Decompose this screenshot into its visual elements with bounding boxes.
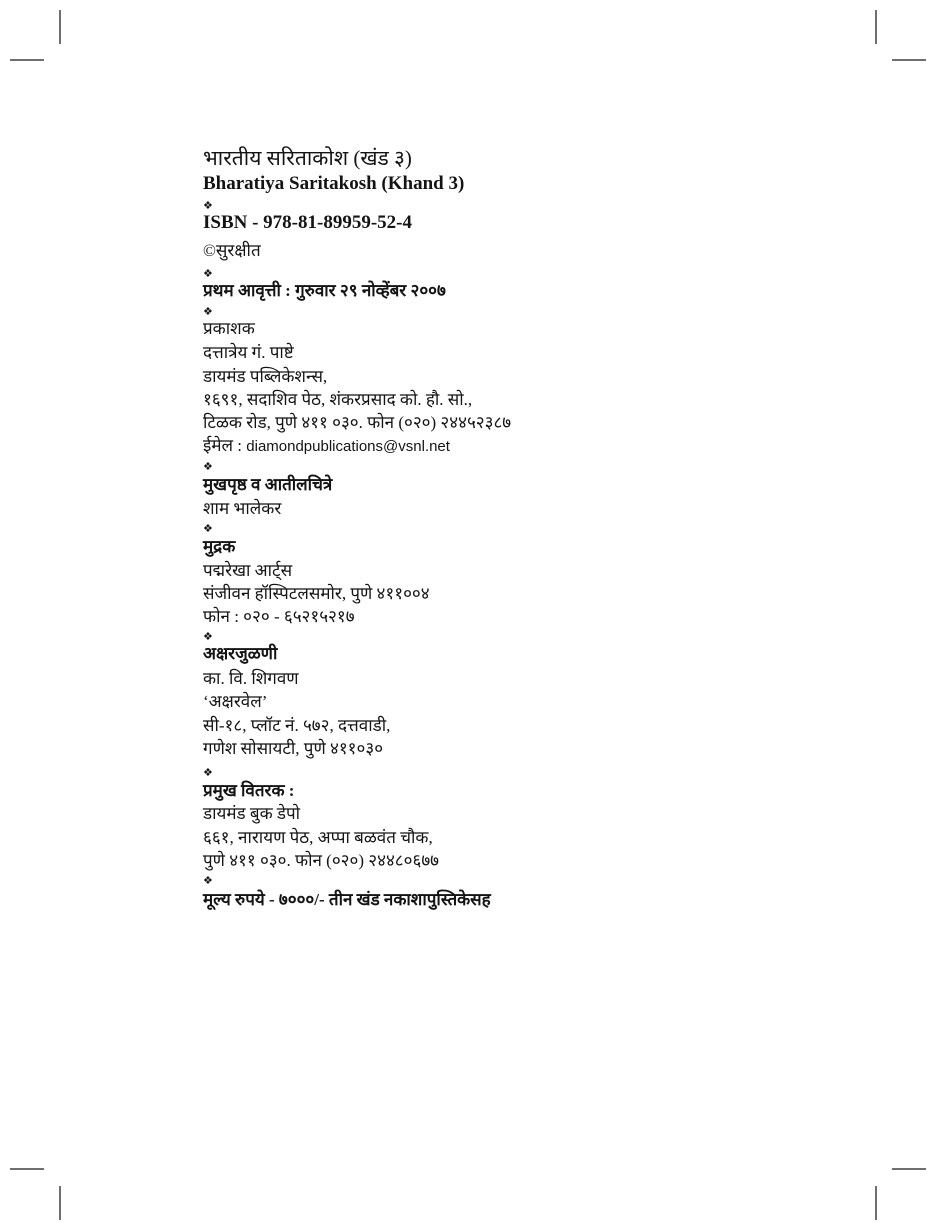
printer-name: पद्मरेखा आर्ट्स bbox=[203, 560, 292, 581]
typesetting-address-line: सी-१८, प्लॉट नं. ५७२, दत्तवाडी, bbox=[203, 715, 390, 736]
edition-line: प्रथम आवृत्ती : गुरुवार २९ नोव्हेंबर २००… bbox=[203, 280, 446, 301]
crop-mark-bottom-right-horizontal bbox=[892, 1168, 926, 1170]
diamond-separator-icon: ❖ bbox=[203, 631, 213, 643]
distributor-address-line: ६६१, नारायण पेठ, अप्पा बळवंत चौक, bbox=[203, 827, 433, 848]
crop-mark-bottom-left-vertical bbox=[59, 1186, 61, 1220]
diamond-separator-icon: ❖ bbox=[203, 200, 213, 212]
distributor-phone-line: पुणे ४११ ०३०. फोन (०२०) २४४८०६७७ bbox=[203, 850, 439, 871]
crop-mark-top-right-horizontal bbox=[892, 59, 926, 61]
diamond-separator-icon: ❖ bbox=[203, 306, 213, 318]
printer-phone-line: फोन : ०२० - ६५२१५२१७ bbox=[203, 606, 355, 627]
email-address: diamondpublications@vsnl.net bbox=[246, 438, 450, 455]
typesetting-city-line: गणेश सोसायटी, पुणे ४११०३० bbox=[203, 738, 383, 759]
copyright-notice: ©सुरक्षीत bbox=[203, 240, 261, 261]
publisher-company-line: डायमंड पब्लिकेशन्स, bbox=[203, 366, 327, 387]
publisher-address-line: १६९१, सदाशिव पेठ, शंकरप्रसाद को. हौ. सो.… bbox=[203, 389, 472, 410]
crop-mark-top-left-vertical bbox=[59, 10, 61, 44]
crop-mark-top-right-vertical bbox=[875, 10, 877, 44]
cover-art-heading: मुखपृष्ठ व आतीलचित्रे bbox=[203, 474, 332, 495]
diamond-separator-icon: ❖ bbox=[203, 268, 213, 280]
price-line: मूल्य रुपये - ७०००/- तीन खंड नकाशापुस्ति… bbox=[203, 889, 491, 910]
diamond-separator-icon: ❖ bbox=[203, 767, 213, 779]
crop-mark-bottom-right-vertical bbox=[875, 1186, 877, 1220]
book-title-latin: Bharatiya Saritakosh (Khand 3) bbox=[203, 173, 464, 195]
publisher-email-line: ईमेल : diamondpublications@vsnl.net bbox=[203, 435, 450, 456]
publisher-name: दत्तात्रेय गं. पाष्टे bbox=[203, 342, 294, 363]
diamond-separator-icon: ❖ bbox=[203, 461, 213, 473]
cover-artist-name: शाम भालेकर bbox=[203, 498, 281, 519]
book-title-devanagari: भारतीय सरिताकोश (खंड ३) bbox=[203, 146, 412, 171]
typesetting-heading: अक्षरजुळणी bbox=[203, 643, 277, 664]
typesetter-name: का. वि. शिगवण bbox=[203, 668, 299, 689]
crop-mark-top-left-horizontal bbox=[10, 59, 44, 61]
crop-mark-bottom-left-horizontal bbox=[10, 1168, 44, 1170]
publisher-heading: प्रकाशक bbox=[203, 318, 255, 339]
distributor-heading: प्रमुख वितरक : bbox=[203, 780, 294, 801]
publisher-phone-line: टिळक रोड, पुणे ४११ ०३०. फोन (०२०) २४४५२३… bbox=[203, 412, 511, 433]
printer-address-line: संजीवन हॉस्पिटलसमोर, पुणे ४११००४ bbox=[203, 583, 430, 604]
diamond-separator-icon: ❖ bbox=[203, 523, 213, 535]
diamond-separator-icon: ❖ bbox=[203, 875, 213, 887]
distributor-name: डायमंड बुक डेपो bbox=[203, 803, 300, 824]
printer-heading: मुद्रक bbox=[203, 536, 235, 557]
book-copyright-page: भारतीय सरिताकोश (खंड ३) Bharatiya Sarita… bbox=[0, 0, 936, 1230]
email-label: ईमेल : bbox=[203, 436, 246, 455]
isbn-text: ISBN - 978-81-89959-52-4 bbox=[203, 212, 412, 234]
typesetting-studio-name: ‘अक्षरवेल’ bbox=[203, 691, 267, 712]
